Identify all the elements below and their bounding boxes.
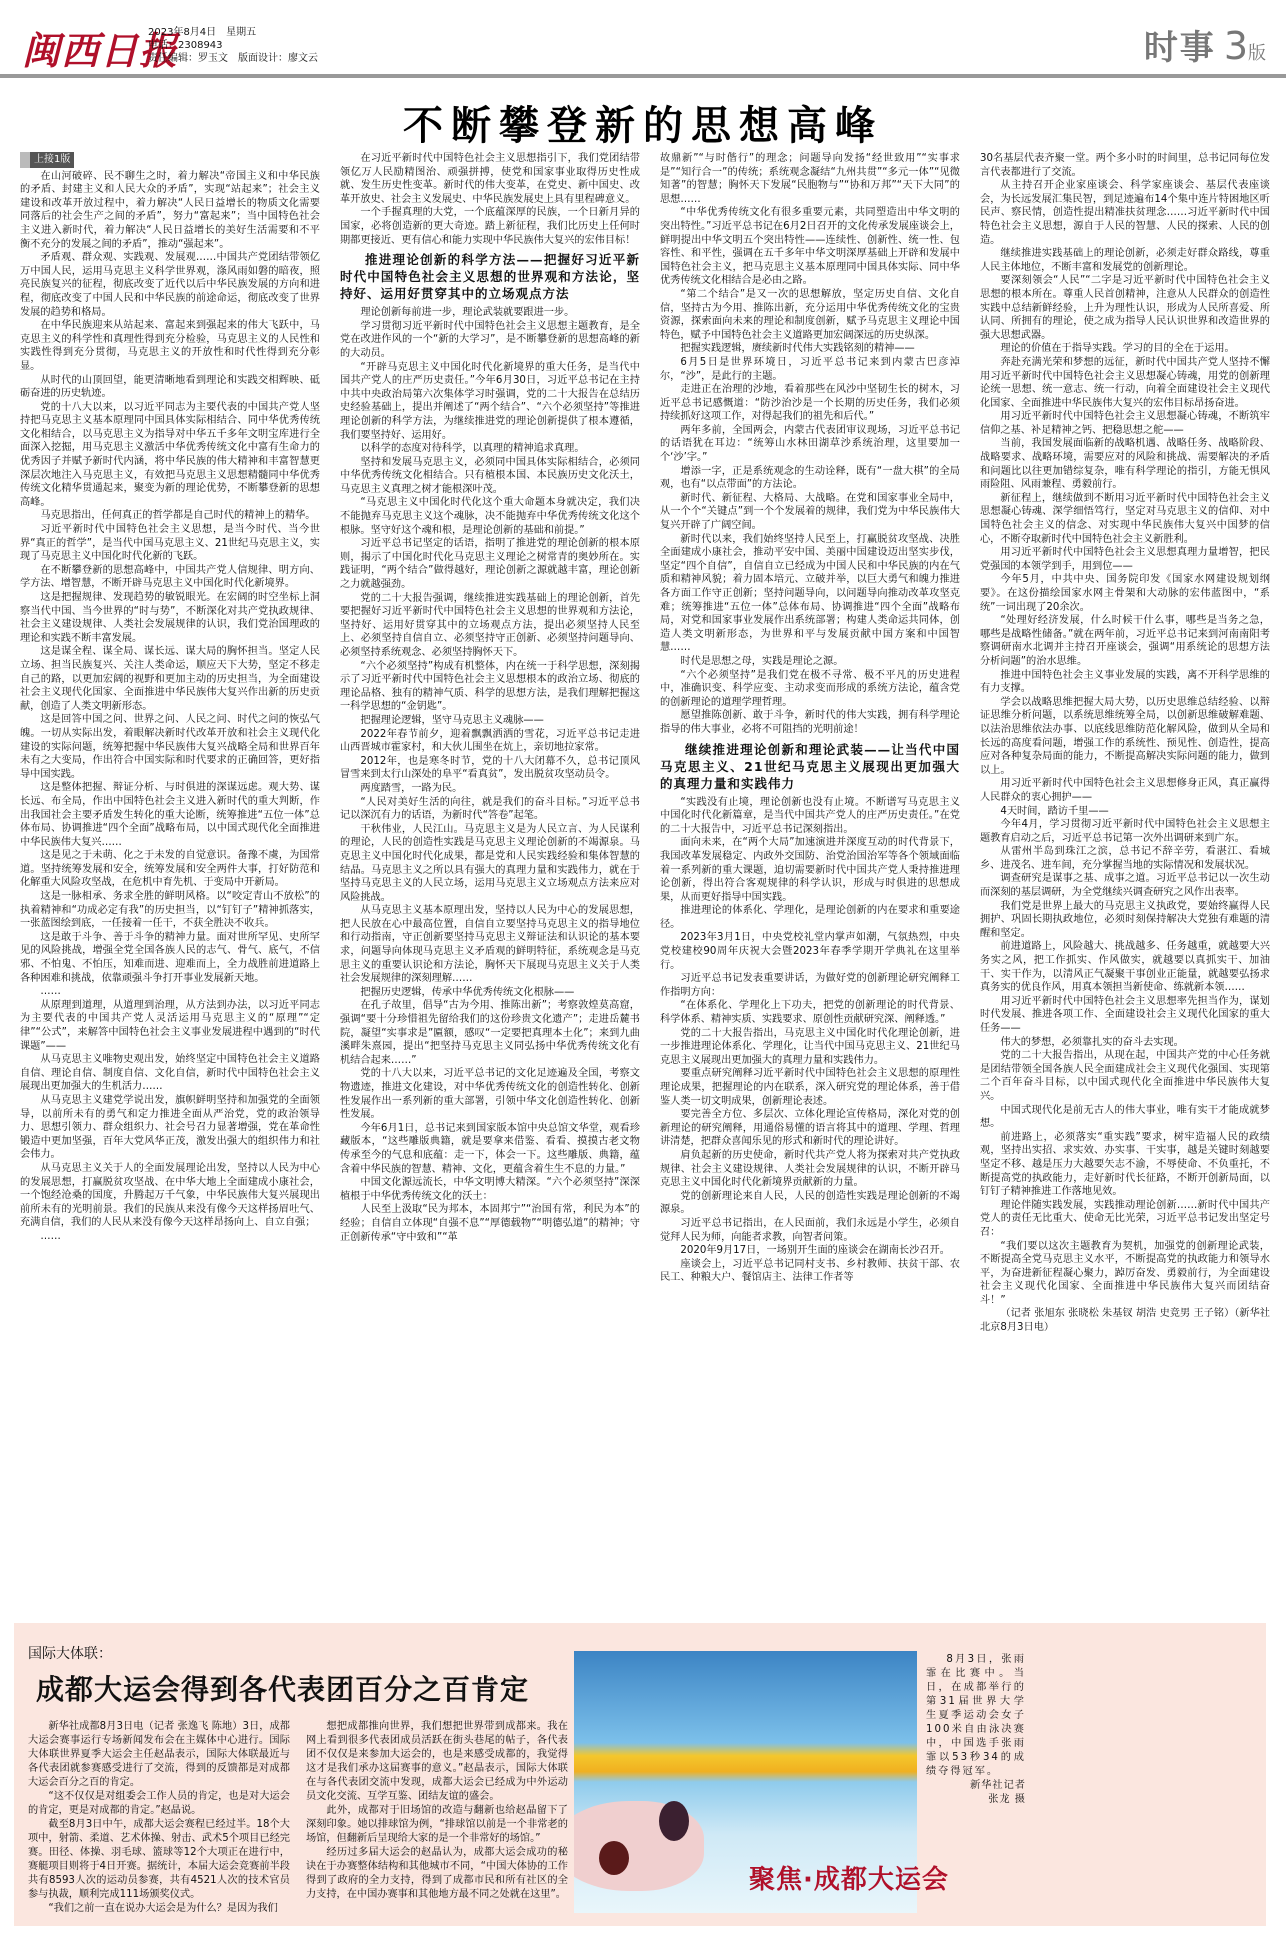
article-paragraph: “马克思主义中国化时代化这个重大命题本身就决定，我们决不能抛弃马克思主义这个魂脉… bbox=[340, 496, 640, 537]
article-paragraph: 这是敢于斗争、善于斗争的精神力量。面对世所罕见、史所罕见的风险挑战，增强全党全国… bbox=[20, 931, 320, 985]
article-paragraph: 理论伴随实践发展，实践推动理论创新……新时代中国共产党人的责任无比重大、使命无比… bbox=[980, 1199, 1270, 1240]
phone: 电话：2308943 bbox=[148, 39, 318, 52]
page-number: 3 bbox=[1224, 24, 1248, 68]
article-paragraph: 继续推进实践基础上的理论创新，必须走好群众路线，尊重人民主体地位，不断丰富和发展… bbox=[980, 247, 1270, 274]
article-paragraph: 从马克思主义建党学说出发，旗帜鲜明坚持和加强党的全面领导，以前所未有的勇气和定力… bbox=[20, 1094, 320, 1162]
caption-credit-1: 新华社记者 bbox=[926, 1779, 1026, 1793]
article-paragraph: 坚持和发展马克思主义，必须同中国具体实际相结合，必须同中华优秀传统文化相结合。只… bbox=[340, 456, 640, 497]
article-paragraph: 2023年3月1日，中央党校礼堂内掌声如潮，气氛热烈，中央党校建校90周年庆祝大… bbox=[660, 931, 960, 972]
article-paragraph: 这是把握规律、发现趋势的敏锐眼光。在宏阔的时空坐标上洞察当代中国、当今世界的“时… bbox=[20, 591, 320, 645]
article-paragraph: 矛盾观、群众观、实践观、发展观……中国共产党团结带领亿万中国人民，运用马克思主义… bbox=[20, 251, 320, 319]
article-paragraph: 前进路上，必须落实“重实践”要求，树牢造福人民的政绩观，坚持出实招、求实效、办实… bbox=[980, 1131, 1270, 1199]
article-paragraph: 用习近平新时代中国特色社会主义思想率先担当作为，谋划时代发展、推进各项工作、全面… bbox=[980, 995, 1270, 1036]
article-paragraph: 调查研究是谋事之基、成事之道。习近平总书记以一次生动而深刻的基层调研，为全党继续… bbox=[980, 872, 1270, 899]
article-paragraph: 愿望推陈创新、敢于斗争，新时代的伟大实践，拥有科学理论指导的伟大事业，必将不可阻… bbox=[660, 709, 960, 736]
article-paragraph: 党的创新理论来自人民，人民的创造性实践是理论创新的不竭源泉。 bbox=[660, 1190, 960, 1217]
article-paragraph: “六个必须坚持”构成有机整体，内在统一于科学思想，深刻揭示了习近平新时代中国特色… bbox=[340, 660, 640, 714]
article-paragraph: 党的十八大以来，以习近平同志为主要代表的中国共产党人坚持把马克思主义基本原理同中… bbox=[20, 401, 320, 510]
article-paragraph: 要深刻领会“人民”“二字是习近平新时代中国特色社会主义思想的根本所在。尊重人民首… bbox=[980, 274, 1270, 342]
article-paragraph: 以科学的态度对待科学，以真理的精神追求真理。 bbox=[340, 442, 640, 456]
article-paragraph: …… bbox=[20, 985, 320, 999]
section-subheading: 继续推进理论创新和理论武装——让当代中国马克思主义、21世纪马克思主义展现出更加… bbox=[660, 741, 960, 792]
article-paragraph: 从马克思主义唯物史观出发，始终坚定中国特色社会主义道路自信、理论自信、制度自信、… bbox=[20, 1053, 320, 1094]
article-paragraph: （记者 张旭东 张晓松 朱基钗 胡浩 史竞男 王子铭）（新华社北京8月3日电） bbox=[980, 1307, 1270, 1334]
article-paragraph: 2020年9月17日，一场别开生面的座谈会在湖南长沙召开。 bbox=[660, 1244, 960, 1258]
article-paragraph: 时代是思想之母，实践是理论之源。 bbox=[660, 655, 960, 669]
article-paragraph: 6月5日是世界环境日，习近平总书记来到内蒙古巴彦淖尔，“沙”，是此行的主题。 bbox=[660, 356, 960, 383]
caption-credit-2: 张龙 摄 bbox=[926, 1793, 1026, 1807]
article-headline: 不断攀登新的思想高峰 bbox=[0, 94, 1286, 151]
article-paragraph: 用习近平新时代中国特色社会主义思想修身正风，真正赢得人民群众的衷心拥护—— bbox=[980, 777, 1270, 804]
article-paragraph: 把握历史逻辑，传承中华优秀传统文化根脉—— bbox=[340, 986, 640, 1000]
article-paragraph: 4天时间，踏访千里—— bbox=[980, 805, 1270, 819]
article-paragraph: 习近平总书记指出，在人民面前，我们永远是小学生，必须自觉拜人民为师，向能者求教，… bbox=[660, 1217, 960, 1244]
article-paragraph: 两年多前，全国两会，内蒙古代表团审议现场，习近平总书记的话语犹在耳边：“统筹山水… bbox=[660, 424, 960, 465]
article-paragraph: 从原理到道理，从道理到治理，从方法到办法，以习近平同志为主要代表的中国共产党人灵… bbox=[20, 999, 320, 1053]
article-paragraph: 奔赴充满光荣和梦想的远征，新时代中国共产党人坚持不懈用习近平新时代中国特色社会主… bbox=[980, 356, 1270, 410]
article-paragraph: 肩负起新的历史使命，新时代共产党人将为探索对共产党执政规律、社会主义建设规律、人… bbox=[660, 1149, 960, 1190]
article-column-2: 在习近平新时代中国特色社会主义思想指引下，我们党团结带领亿万人民励精图治、顽强拼… bbox=[340, 152, 640, 1244]
article-paragraph: 从雷州半岛到珠江之滨，总书记不辞辛劳，看湛江、看城乡、进茂名、进车间，充分掌握当… bbox=[980, 845, 1270, 872]
article-paragraph: 要重点研究阐释习近平新时代中国特色社会主义思想的原理性理论成果，把握理论的内在联… bbox=[660, 1067, 960, 1108]
article-paragraph: “我们要以这次主题教育为契机，加强党的创新理论武装，不断提高全党马克思主义水平，… bbox=[980, 1240, 1270, 1308]
article-paragraph: 中国式现代化是前无古人的伟大事业，唯有实干才能成就梦想。 bbox=[980, 1104, 1270, 1131]
article-paragraph: 在孔子故里，倡导“古为今用、推陈出新”；考察敦煌莫高窟，强调“要十分珍惜祖先留给… bbox=[340, 999, 640, 1067]
article-paragraph: “在体系化、学理化上下功夫，把党的创新理论的时代背景、科学体系、精神实质、实践要… bbox=[660, 999, 960, 1026]
article-paragraph: 习近平总书记坚定的话语，指明了推进党的理论创新的根本原则，揭示了中国化时代化马克… bbox=[340, 537, 640, 591]
masthead: 闽西日报 2023年8月4日 星期五 电话：2308943 责任编辑：罗玉文 版… bbox=[0, 0, 1286, 70]
article-paragraph: 干秋伟业，人民江山。马克思主义是为人民立言、为人民谋利的理论，人民的创造性实践是… bbox=[340, 823, 640, 905]
article-paragraph: …… bbox=[20, 1230, 320, 1244]
sports-column-2: 想把成都推向世界，我们想把世界带到成都来。我在网上看到很多代表团成员活跃在街头巷… bbox=[306, 1720, 568, 1902]
article-paragraph: 前进道路上，风险越大、挑战越多、任务越重，就越要大兴务实之风，把工作抓实、作风做… bbox=[980, 940, 1270, 994]
article-paragraph: 理论的价值在于指导实践。学习的目的全在于运用。 bbox=[980, 342, 1270, 356]
article-paragraph: 这是整体把握、辩证分析、与时俱进的深谋远虑。观大势、谋长远、布全局，作出中国特色… bbox=[20, 781, 320, 849]
article-paragraph: 学会以战略思维把握大局大势，以历史思维总结经验、以辩证思维分析问题，以系统思维统… bbox=[980, 696, 1270, 778]
article-paragraph: 一个手握真理的大党，一个底蕴深厚的民族，一个日新月异的国家，必将创造新的更大奇迹… bbox=[340, 206, 640, 247]
article-paragraph: 学习贯彻习近平新时代中国特色社会主义思想主题教育，是全党在改进作风的一个“新的大… bbox=[340, 320, 640, 361]
editors: 责任编辑：罗玉文 版面设计：廖文云 bbox=[148, 52, 318, 65]
article-paragraph: 党的二十大报告强调，继续推进实践基础上的理论创新，首先要把握好习近平新时代中国特… bbox=[340, 592, 640, 660]
article-paragraph: 从时代的山顶回望，能更清晰地看到理论和实践交相辉映、砥砺奋进的历史轨迹。 bbox=[20, 374, 320, 401]
article-paragraph: 马克思指出，任何真正的哲学都是自己时代的精神上的精华。 bbox=[20, 509, 320, 523]
sports-news-panel: 国际大体联： 成都大运会得到各代表团百分之百肯定 新华社成都8月3日电（记者 张… bbox=[14, 1623, 1266, 1926]
article-paragraph: 从主持召开企业家座谈会、科学家座谈会、基层代表座谈会，为长远发展汇集民智，到足迹… bbox=[980, 179, 1270, 247]
article-paragraph: 用习近平新时代中国特色社会主义思想凝心铸魂，不断筑牢信仰之基、补足精神之钙、把稳… bbox=[980, 410, 1270, 437]
caption-text: 8月3日，张雨霏在比赛中。当日，在成都举行的第31届世界大学生夏季运动会女子10… bbox=[926, 1653, 1026, 1779]
article-paragraph: 伟大的梦想，必须靠扎实的奋斗去实现。 bbox=[980, 1036, 1270, 1050]
article-paragraph: 理论创新每前进一步，理论武装就要跟进一步。 bbox=[340, 306, 640, 320]
article-column-3: 故鼎新”“与时偕行”的理念；问题导向发扬“经世致用”“实事求是”“知行合一”的传… bbox=[660, 152, 960, 1285]
sports-paragraph: “这不仅仅是对组委会工作人员的肯定，也是对大运会的肯定，更是对成都的肯定。”赵晶… bbox=[28, 1790, 290, 1818]
mouth-shape bbox=[599, 1841, 629, 1875]
article-paragraph: 我们党是世界上最大的马克思主义执政党，要始终赢得人民拥护、巩固长期执政地位，必须… bbox=[980, 900, 1270, 941]
continued-tag: 上接1版 bbox=[20, 152, 74, 168]
article-paragraph: 推进中国特色社会主义事业发展的实践，离不开科学思维的有力支撑。 bbox=[980, 669, 1270, 696]
article-paragraph: 2012年，也是寒冬时节，党的十八大闭幕不久，总书记顶风冒雪来到太行山深处的阜平… bbox=[340, 755, 640, 782]
article-paragraph: 面向未来，在“两个大局”加速演进并深度互动的时代背景下，我国改革发展稳定、内政外… bbox=[660, 836, 960, 904]
article-paragraph: “中华优秀传统文化有很多重要元素，共同塑造出中华文明的突出特性。”习近平总书记在… bbox=[660, 206, 960, 288]
article-column-4: 30名基层代表齐聚一堂。两个多小时的时间里，总书记同每位发言代表都进行了交流。从… bbox=[980, 152, 1270, 1335]
article-paragraph: “开辟马克思主义中国化时代化新境界的重大任务，是当代中国共产党人的庄严历史责任。… bbox=[340, 361, 640, 443]
sports-paragraph: “我们之前一直在说办大运会是为什么？是因为我们 bbox=[28, 1902, 290, 1916]
article-paragraph: 今年5月，中共中央、国务院印发《国家水网建设规划纲要》。在这份描绘国家水网主骨架… bbox=[980, 573, 1270, 614]
article-paragraph: 在山河破碎、民不聊生之时，着力解决“帝国主义和中华民族的矛盾、封建主义和人民大众… bbox=[20, 170, 320, 252]
sports-column-1: 新华社成都8月3日电（记者 张逸飞 陈地）3日，成都大运会赛事运行专场新闻发布会… bbox=[28, 1720, 290, 1916]
article-paragraph: 新征程上，继续做到不断用习近平新时代中国特色社会主义思想凝心铸魂、深学细悟笃行，… bbox=[980, 492, 1270, 546]
article-paragraph: 要完善全方位、多层次、立体化理论宣传格局，深化对党的创新理论的研究阐释，用通俗易… bbox=[660, 1108, 960, 1149]
article-paragraph: 从马克思主义关于人的全面发展理论出发，坚持以人民为中心的发展思想，打赢脱贫攻坚战… bbox=[20, 1162, 320, 1230]
article-paragraph: 2022年春节前夕，迎着飘飘洒洒的雪花，习近平总书记走进山西晋城市霍家村，和大伙… bbox=[340, 728, 640, 755]
goggle-shape bbox=[659, 1801, 689, 1841]
sports-paragraph: 此外，成都对于旧场馆的改造与翻新也给赵晶留下了深刻印象。她以排球馆为例，“排球馆… bbox=[306, 1804, 568, 1846]
issue-date: 2023年8月4日 星期五 bbox=[148, 26, 318, 39]
article-paragraph: “第二个结合”是又一次的思想解放，坚定历史自信、文化自信，坚持古为今用、推陈出新… bbox=[660, 288, 960, 342]
article-paragraph: 今年4月，学习贯彻习近平新时代中国特色社会主义思想主题教育启动之后，习近平总书记… bbox=[980, 818, 1270, 845]
focus-label: 聚焦·成都大运会 bbox=[749, 1859, 949, 1896]
article-paragraph: 新时代、新征程、大格局、大战略。在党和国家事业全局中，从一个个“关键点”到一个个… bbox=[660, 492, 960, 533]
article-paragraph: 中国文化源远流长，中华文明博大精深。“六个必须坚持”深深植根于中华优秀传统文化的… bbox=[340, 1176, 640, 1203]
page-suffix: 版 bbox=[1248, 43, 1266, 64]
sports-paragraph: 想把成都推向世界，我们想把世界带到成都来。我在网上看到很多代表团成员活跃在街头巷… bbox=[306, 1720, 568, 1804]
article-paragraph: 把握理论逻辑，坚守马克思主义魂脉—— bbox=[340, 714, 640, 728]
sports-title: 成都大运会得到各代表团百分之百肯定 bbox=[36, 1668, 529, 1708]
header-rule bbox=[0, 74, 1286, 78]
article-paragraph: 党的二十大报告指出，马克思主义中国化时代化理论创新，进一步推进理论体系化、学理化… bbox=[660, 1027, 960, 1068]
article-paragraph: 座谈会上，习近平总书记同村支书、乡村教师、扶贫干部、农民工、种粮大户、餐馆店主、… bbox=[660, 1258, 960, 1285]
sports-kicker: 国际大体联： bbox=[28, 1643, 112, 1663]
article-paragraph: 把握实践逻辑，赓续新时代伟大实践铭刻的精神—— bbox=[660, 342, 960, 356]
article-paragraph: 两度踏雪，一路为民。 bbox=[340, 782, 640, 796]
article-paragraph: 30名基层代表齐聚一堂。两个多小时的时间里，总书记同每位发言代表都进行了交流。 bbox=[980, 152, 1270, 179]
article-paragraph: 走进正在治理的沙地，看着那些在风沙中坚韧生长的树木，习近平总书记感慨道：“防沙治… bbox=[660, 383, 960, 424]
article-paragraph: “处理好经济发展，什么时候干什么事，哪些是当务之急，哪些是战略性储备。”就在两年… bbox=[980, 614, 1270, 668]
article-paragraph: 在习近平新时代中国特色社会主义思想指引下，我们党团结带领亿万人民励精图治、顽强拼… bbox=[340, 152, 640, 206]
article-paragraph: “人民对美好生活的向往，就是我们的奋斗目标。”习近平总书记以深沉有力的话语，为新… bbox=[340, 796, 640, 823]
sports-paragraph: 新华社成都8月3日电（记者 张逸飞 陈地）3日，成都大运会赛事运行专场新闻发布会… bbox=[28, 1720, 290, 1790]
section-name: 时事 bbox=[1144, 28, 1216, 68]
article-paragraph: 这是谋全程、谋全局、谋长远、谋大局的胸怀担当。坚定人民立场、担当民族复兴、关注人… bbox=[20, 645, 320, 713]
article-paragraph: 今年6月1日，总书记来到国家版本馆中央总馆文华堂，观看珍藏版本，“这些雕版典籍，… bbox=[340, 1122, 640, 1176]
article-paragraph: 这是回答中国之问、世界之问、人民之问、时代之问的恢弘气魄。一切从实际出发，着眼解… bbox=[20, 713, 320, 781]
article-paragraph: 人民至上汲取“民为邦本，本固邦宁”“治国有常，利民为本”的经验；自信自立体现“自… bbox=[340, 1203, 640, 1244]
sports-paragraph: 截至8月3日中午，成都大运会赛程已经过半。18个大项中，射箭、柔道、艺术体操、射… bbox=[28, 1818, 290, 1902]
article-paragraph: “六个必须坚持”是我们党在极不寻常、极不平凡的历史进程中，准确识变、科学应变、主… bbox=[660, 669, 960, 710]
article-paragraph: “实践没有止境，理论创新也没有止境。不断谱写马克思主义中国化时代化新篇章，是当代… bbox=[660, 796, 960, 837]
section-label: 时事3版 bbox=[1144, 20, 1266, 69]
section-subheading: 推进理论创新的科学方法——把握好习近平新时代中国特色社会主义思想的世界观和方法论… bbox=[340, 251, 640, 302]
article-paragraph: 这是见之于未萌、化之于未发的自觉意识。备豫不虞，为国常道。坚持统筹发展和安全，统… bbox=[20, 849, 320, 890]
article-paragraph: 习近平总书记发表重要讲话，为做好党的创新理论研究阐释工作指明方向： bbox=[660, 972, 960, 999]
article-paragraph: 当前，我国发展面临新的战略机遇、战略任务、战略阶段、战略要求、战略环境，需要应对… bbox=[980, 437, 1270, 491]
article-column-1: 上接1版 在山河破碎、民不聊生之时，着力解决“帝国主义和中华民族的矛盾、封建主义… bbox=[20, 152, 320, 1244]
issue-meta: 2023年8月4日 星期五 电话：2308943 责任编辑：罗玉文 版面设计：廖… bbox=[148, 26, 318, 65]
article-paragraph: 新时代以来，我们始终坚持人民至上，打赢脱贫攻坚战、决胜全面建成小康社会，推动平安… bbox=[660, 533, 960, 655]
article-paragraph: 在中华民族迎来从站起来、富起来到强起来的伟大飞跃中，马克思主义的科学性和真理性得… bbox=[20, 319, 320, 373]
sports-paragraph: 经历过多届大运会的赵晶认为，成都大运会成功的秘诀在于办赛整体结构和其他城市不同，… bbox=[306, 1846, 568, 1902]
article-paragraph: 在不断攀登新的思想高峰中，中国共产党人信规律、明方向、学方法、增智慧，不断开辟马… bbox=[20, 564, 320, 591]
article-paragraph: 习近平新时代中国特色社会主义思想，是当今时代、当今世界“真正的哲学”，是当代中国… bbox=[20, 523, 320, 564]
article-paragraph: 推进理论的体系化、学理化，是理论创新的内在要求和重要途径。 bbox=[660, 904, 960, 931]
article-paragraph: 党的十八大以来，习近平总书记的文化足迹遍及全国，考察文物遗迹，推进文化建设，对中… bbox=[340, 1067, 640, 1121]
article-paragraph: 党的二十大报告指出，从现在起，中国共产党的中心任务就是团结带领全国各族人民全面建… bbox=[980, 1049, 1270, 1103]
article-paragraph: 用习近平新时代中国特色社会主义思想真理力量增智，把民党强国的本领学到手，用到位—… bbox=[980, 546, 1270, 573]
article-paragraph: 这是一脉相承、务求全胜的鲜明风格。以“咬定青山不放松”的执着精神和“功成必定有我… bbox=[20, 890, 320, 931]
photo-caption: 8月3日，张雨霏在比赛中。当日，在成都举行的第31届世界大学生夏季运动会女子10… bbox=[926, 1653, 1026, 1807]
article-paragraph: 从马克思主义基本原理出发，坚持以人民为中心的发展思想，把人民放在心中最高位置，自… bbox=[340, 904, 640, 986]
article-paragraph: 增添一字，正是系统观念的生动诠释，既有“一盘大棋”的全局观，也有“以点带面”的方… bbox=[660, 465, 960, 492]
article-paragraph: 故鼎新”“与时偕行”的理念；问题导向发扬“经世致用”“实事求是”“知行合一”的传… bbox=[660, 152, 960, 206]
